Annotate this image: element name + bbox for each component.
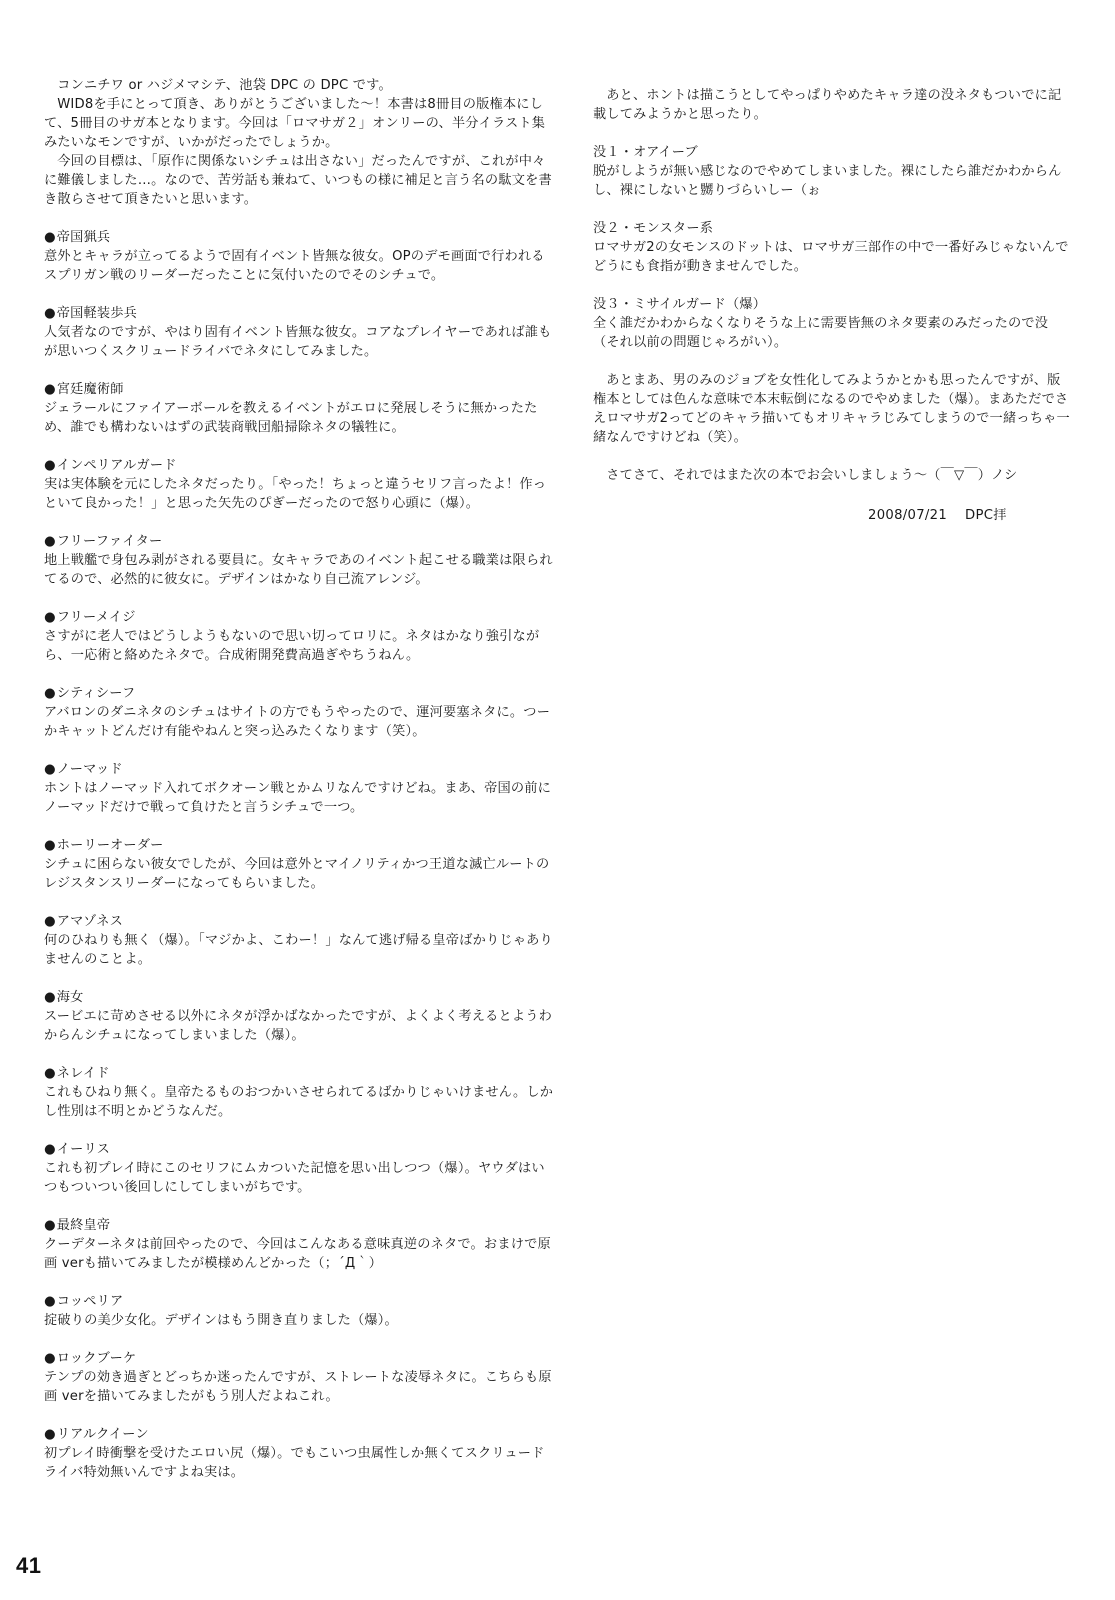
entry: ●ホーリーオーダー シチュに困らない彼女でしたが、今回は意外とマイノリティかつ王… xyxy=(44,836,554,893)
bullet-icon: ● xyxy=(44,686,56,701)
entry-body: ジェラールにファイアーボールを教えるイベントがエロに発展しそうに無かったため、誰… xyxy=(44,399,554,437)
entry: ●インペリアルガード 実は実体験を元にしたネタだったり。「やった！ちょっと違うセ… xyxy=(44,456,554,513)
intro-thanks: WID8を手にとって頂き、ありがとうございました～！本書は8冊目の版権本にして、… xyxy=(44,95,554,152)
entry-heading: ●リアルクイーン xyxy=(44,1425,554,1444)
entry: ●ネレイド これもひねり無く。皇帝たるものおつかいさせられてるばかりじゃいけませ… xyxy=(44,1064,554,1121)
entry-heading: ●インペリアルガード xyxy=(44,456,554,475)
entry-heading: ●帝国軽装歩兵 xyxy=(44,304,554,323)
bullet-icon: ● xyxy=(44,1351,56,1366)
entry: ●海女 スービエに苛めさせる以外にネタが浮かばなかったですが、よくよく考えるとよ… xyxy=(44,988,554,1045)
entry-title: フリーファイター xyxy=(57,534,163,549)
bullet-icon: ● xyxy=(44,1066,56,1081)
bullet-icon: ● xyxy=(44,610,56,625)
entry-title: ホーリーオーダー xyxy=(57,838,164,853)
bullet-icon: ● xyxy=(44,1294,56,1309)
bullet-icon: ● xyxy=(44,458,56,473)
bullet-icon: ● xyxy=(44,1427,56,1442)
intro-greeting: コンニチワ or ハジメマシテ、池袋 DPC の DPC です。 xyxy=(44,76,554,95)
entry-body: 意外とキャラが立ってるようで固有イベント皆無な彼女。OPのデモ画面で行われるスプ… xyxy=(44,247,554,285)
bullet-icon: ● xyxy=(44,1218,56,1233)
entry-body: さすがに老人ではどうしようもないので思い切ってロリに。ネタはかなり強引ながら、一… xyxy=(44,627,554,665)
entry: ●フリーファイター 地上戦艦で身包み剥がされる要員に。女キャラであのイベント起こ… xyxy=(44,532,554,589)
entry: ●コッペリア 掟破りの美少女化。デザインはもう開き直りました（爆）。 xyxy=(44,1292,554,1330)
bullet-icon: ● xyxy=(44,306,56,321)
entry-heading: ●ロックブーケ xyxy=(44,1349,554,1368)
entry-body: これもひねり無く。皇帝たるものおつかいさせられてるばかりじゃいけません。しかし性… xyxy=(44,1083,554,1121)
entry-body: 初プレイ時衝撃を受けたエロい尻（爆）。でもこいつ虫属性しか無くてスクリュードライ… xyxy=(44,1444,554,1482)
signature-date: 2008/07/21 xyxy=(868,508,947,523)
entry: ●ロックブーケ テンプの効き過ぎとどっちか迷ったんですが、ストレートな凌辱ネタに… xyxy=(44,1349,554,1406)
document-page: コンニチワ or ハジメマシテ、池袋 DPC の DPC です。 WID8を手に… xyxy=(0,0,1115,1600)
intro-goal: 今回の目標は、「原作に関係ないシチュは出さない」だったんですが、これが中々に難儀… xyxy=(44,152,554,209)
rejected-body: ロマサガ2の女モンスのドットは、ロマサガ三部作の中で一番好みじゃないんでどうにも… xyxy=(593,238,1073,276)
entry-heading: ●ノーマッド xyxy=(44,760,554,779)
entry-title: イーリス xyxy=(57,1142,110,1157)
entry-body: テンプの効き過ぎとどっちか迷ったんですが、ストレートな凌辱ネタに。こちらも原画 … xyxy=(44,1368,554,1406)
intro-section: コンニチワ or ハジメマシテ、池袋 DPC の DPC です。 WID8を手に… xyxy=(44,76,554,209)
signature: 2008/07/21DPC拝 xyxy=(868,504,1007,523)
right-column: あと、ホントは描こうとしてやっぱりやめたキャラ達の没ネタもついでに記載してみよう… xyxy=(593,86,1073,485)
entry-body: これも初プレイ時にこのセリフにムカついた記憶を思い出しつつ（爆）。ヤウダはいつも… xyxy=(44,1159,554,1197)
entry-heading: ●ネレイド xyxy=(44,1064,554,1083)
entry-body: 何のひねりも無く（爆）。「マジかよ、こわー！」なんて逃げ帰る皇帝ばかりじゃありま… xyxy=(44,931,554,969)
bullet-icon: ● xyxy=(44,1142,56,1157)
entry-body: 掟破りの美少女化。デザインはもう開き直りました（爆）。 xyxy=(44,1311,554,1330)
page-number: 41 xyxy=(16,1553,41,1579)
entry-title: 最終皇帝 xyxy=(57,1218,111,1233)
left-column: コンニチワ or ハジメマシテ、池袋 DPC の DPC です。 WID8を手に… xyxy=(44,76,554,1482)
bullet-icon: ● xyxy=(44,230,56,245)
entry-title: ネレイド xyxy=(57,1066,110,1081)
entry-body: 人気者なのですが、やはり固有イベント皆無な彼女。コアなプレイヤーであれば誰もが思… xyxy=(44,323,554,361)
bullet-icon: ● xyxy=(44,990,56,1005)
entry: ●シティシーフ アバロンのダニネタのシチュはサイトの方でもうやったので、運河要塞… xyxy=(44,684,554,741)
signature-name: DPC拝 xyxy=(965,508,1007,523)
rejected-lead: あと、ホントは描こうとしてやっぱりやめたキャラ達の没ネタもついでに記載してみよう… xyxy=(593,86,1073,124)
entry: ●宮廷魔術師 ジェラールにファイアーボールを教えるイベントがエロに発展しそうに無… xyxy=(44,380,554,437)
entry-title: シティシーフ xyxy=(57,686,136,701)
entry-body: ホントはノーマッド入れてボクオーン戦とかムリなんですけどね。まあ、帝国の前にノー… xyxy=(44,779,554,817)
entry-title: ロックブーケ xyxy=(57,1351,137,1366)
bullet-icon: ● xyxy=(44,762,56,777)
entry: ●アマゾネス 何のひねりも無く（爆）。「マジかよ、こわー！」なんて逃げ帰る皇帝ば… xyxy=(44,912,554,969)
entry-title: 宮廷魔術師 xyxy=(57,382,124,397)
entry-title: 帝国軽装歩兵 xyxy=(57,306,137,321)
entry-title: インペリアルガード xyxy=(57,458,177,473)
entry-heading: ●宮廷魔術師 xyxy=(44,380,554,399)
entry-title: コッペリア xyxy=(57,1294,124,1309)
rejected-entry: 没２・モンスター系 ロマサガ2の女モンスのドットは、ロマサガ三部作の中で一番好み… xyxy=(593,219,1073,276)
entry-body: シチュに困らない彼女でしたが、今回は意外とマイノリティかつ王道な滅亡ルートのレジ… xyxy=(44,855,554,893)
bullet-icon: ● xyxy=(44,914,56,929)
entry-heading: ●ホーリーオーダー xyxy=(44,836,554,855)
entry-title: リアルクイーン xyxy=(57,1427,149,1442)
rejected-title: 没２・モンスター系 xyxy=(593,219,1073,238)
entry-heading: ●最終皇帝 xyxy=(44,1216,554,1235)
rejected-entry: 没１・オアイーブ 脱がしようが無い感じなのでやめてしまいました。裸にしたら誰だか… xyxy=(593,143,1073,200)
entry: ●イーリス これも初プレイ時にこのセリフにムカついた記憶を思い出しつつ（爆）。ヤ… xyxy=(44,1140,554,1197)
entry-heading: ●イーリス xyxy=(44,1140,554,1159)
bullet-icon: ● xyxy=(44,534,56,549)
entry-heading: ●フリーファイター xyxy=(44,532,554,551)
farewell: さてさて、それではまた次の本でお会いしましょう～（￣▽￣）ノシ xyxy=(593,466,1073,485)
entry-body: 地上戦艦で身包み剥がされる要員に。女キャラであのイベント起こせる職業は限られてる… xyxy=(44,551,554,589)
entry: ●帝国軽装歩兵 人気者なのですが、やはり固有イベント皆無な彼女。コアなプレイヤー… xyxy=(44,304,554,361)
entry-title: 帝国猟兵 xyxy=(57,230,111,245)
entry-title: 海女 xyxy=(57,990,84,1005)
entry-heading: ●コッペリア xyxy=(44,1292,554,1311)
rejected-title: 没３・ミサイルガード（爆） xyxy=(593,295,1073,314)
entry-body: クーデターネタは前回やったので、今回はこんなある意味真逆のネタで。おまけで原画 … xyxy=(44,1235,554,1273)
entry: ●リアルクイーン 初プレイ時衝撃を受けたエロい尻（爆）。でもこいつ虫属性しか無く… xyxy=(44,1425,554,1482)
entry-title: アマゾネス xyxy=(57,914,123,929)
afterword: あとまあ、男のみのジョブを女性化してみようかとかも思ったんですが、版権本としては… xyxy=(593,371,1073,447)
rejected-body: 脱がしようが無い感じなのでやめてしまいました。裸にしたら誰だかわからんし、裸にし… xyxy=(593,162,1073,200)
entry-title: フリーメイジ xyxy=(57,610,136,625)
entry-heading: ●シティシーフ xyxy=(44,684,554,703)
entry-heading: ●帝国猟兵 xyxy=(44,228,554,247)
bullet-icon: ● xyxy=(44,838,56,853)
entry: ●帝国猟兵 意外とキャラが立ってるようで固有イベント皆無な彼女。OPのデモ画面で… xyxy=(44,228,554,285)
entry: ●フリーメイジ さすがに老人ではどうしようもないので思い切ってロリに。ネタはかな… xyxy=(44,608,554,665)
rejected-entry: 没３・ミサイルガード（爆） 全く誰だかわからなくなりそうな上に需要皆無のネタ要素… xyxy=(593,295,1073,352)
entry-heading: ●アマゾネス xyxy=(44,912,554,931)
entry-body: 実は実体験を元にしたネタだったり。「やった！ちょっと違うセリフ言ったよ！作っとい… xyxy=(44,475,554,513)
bullet-icon: ● xyxy=(44,382,56,397)
entry-body: スービエに苛めさせる以外にネタが浮かばなかったですが、よくよく考えるとようわから… xyxy=(44,1007,554,1045)
rejected-title: 没１・オアイーブ xyxy=(593,143,1073,162)
entry-heading: ●フリーメイジ xyxy=(44,608,554,627)
entry-body: アバロンのダニネタのシチュはサイトの方でもうやったので、運河要塞ネタに。つーかキ… xyxy=(44,703,554,741)
entry-title: ノーマッド xyxy=(57,762,123,777)
entry-heading: ●海女 xyxy=(44,988,554,1007)
entry: ●最終皇帝 クーデターネタは前回やったので、今回はこんなある意味真逆のネタで。お… xyxy=(44,1216,554,1273)
rejected-body: 全く誰だかわからなくなりそうな上に需要皆無のネタ要素のみだったので没（それ以前の… xyxy=(593,314,1073,352)
entry: ●ノーマッド ホントはノーマッド入れてボクオーン戦とかムリなんですけどね。まあ、… xyxy=(44,760,554,817)
